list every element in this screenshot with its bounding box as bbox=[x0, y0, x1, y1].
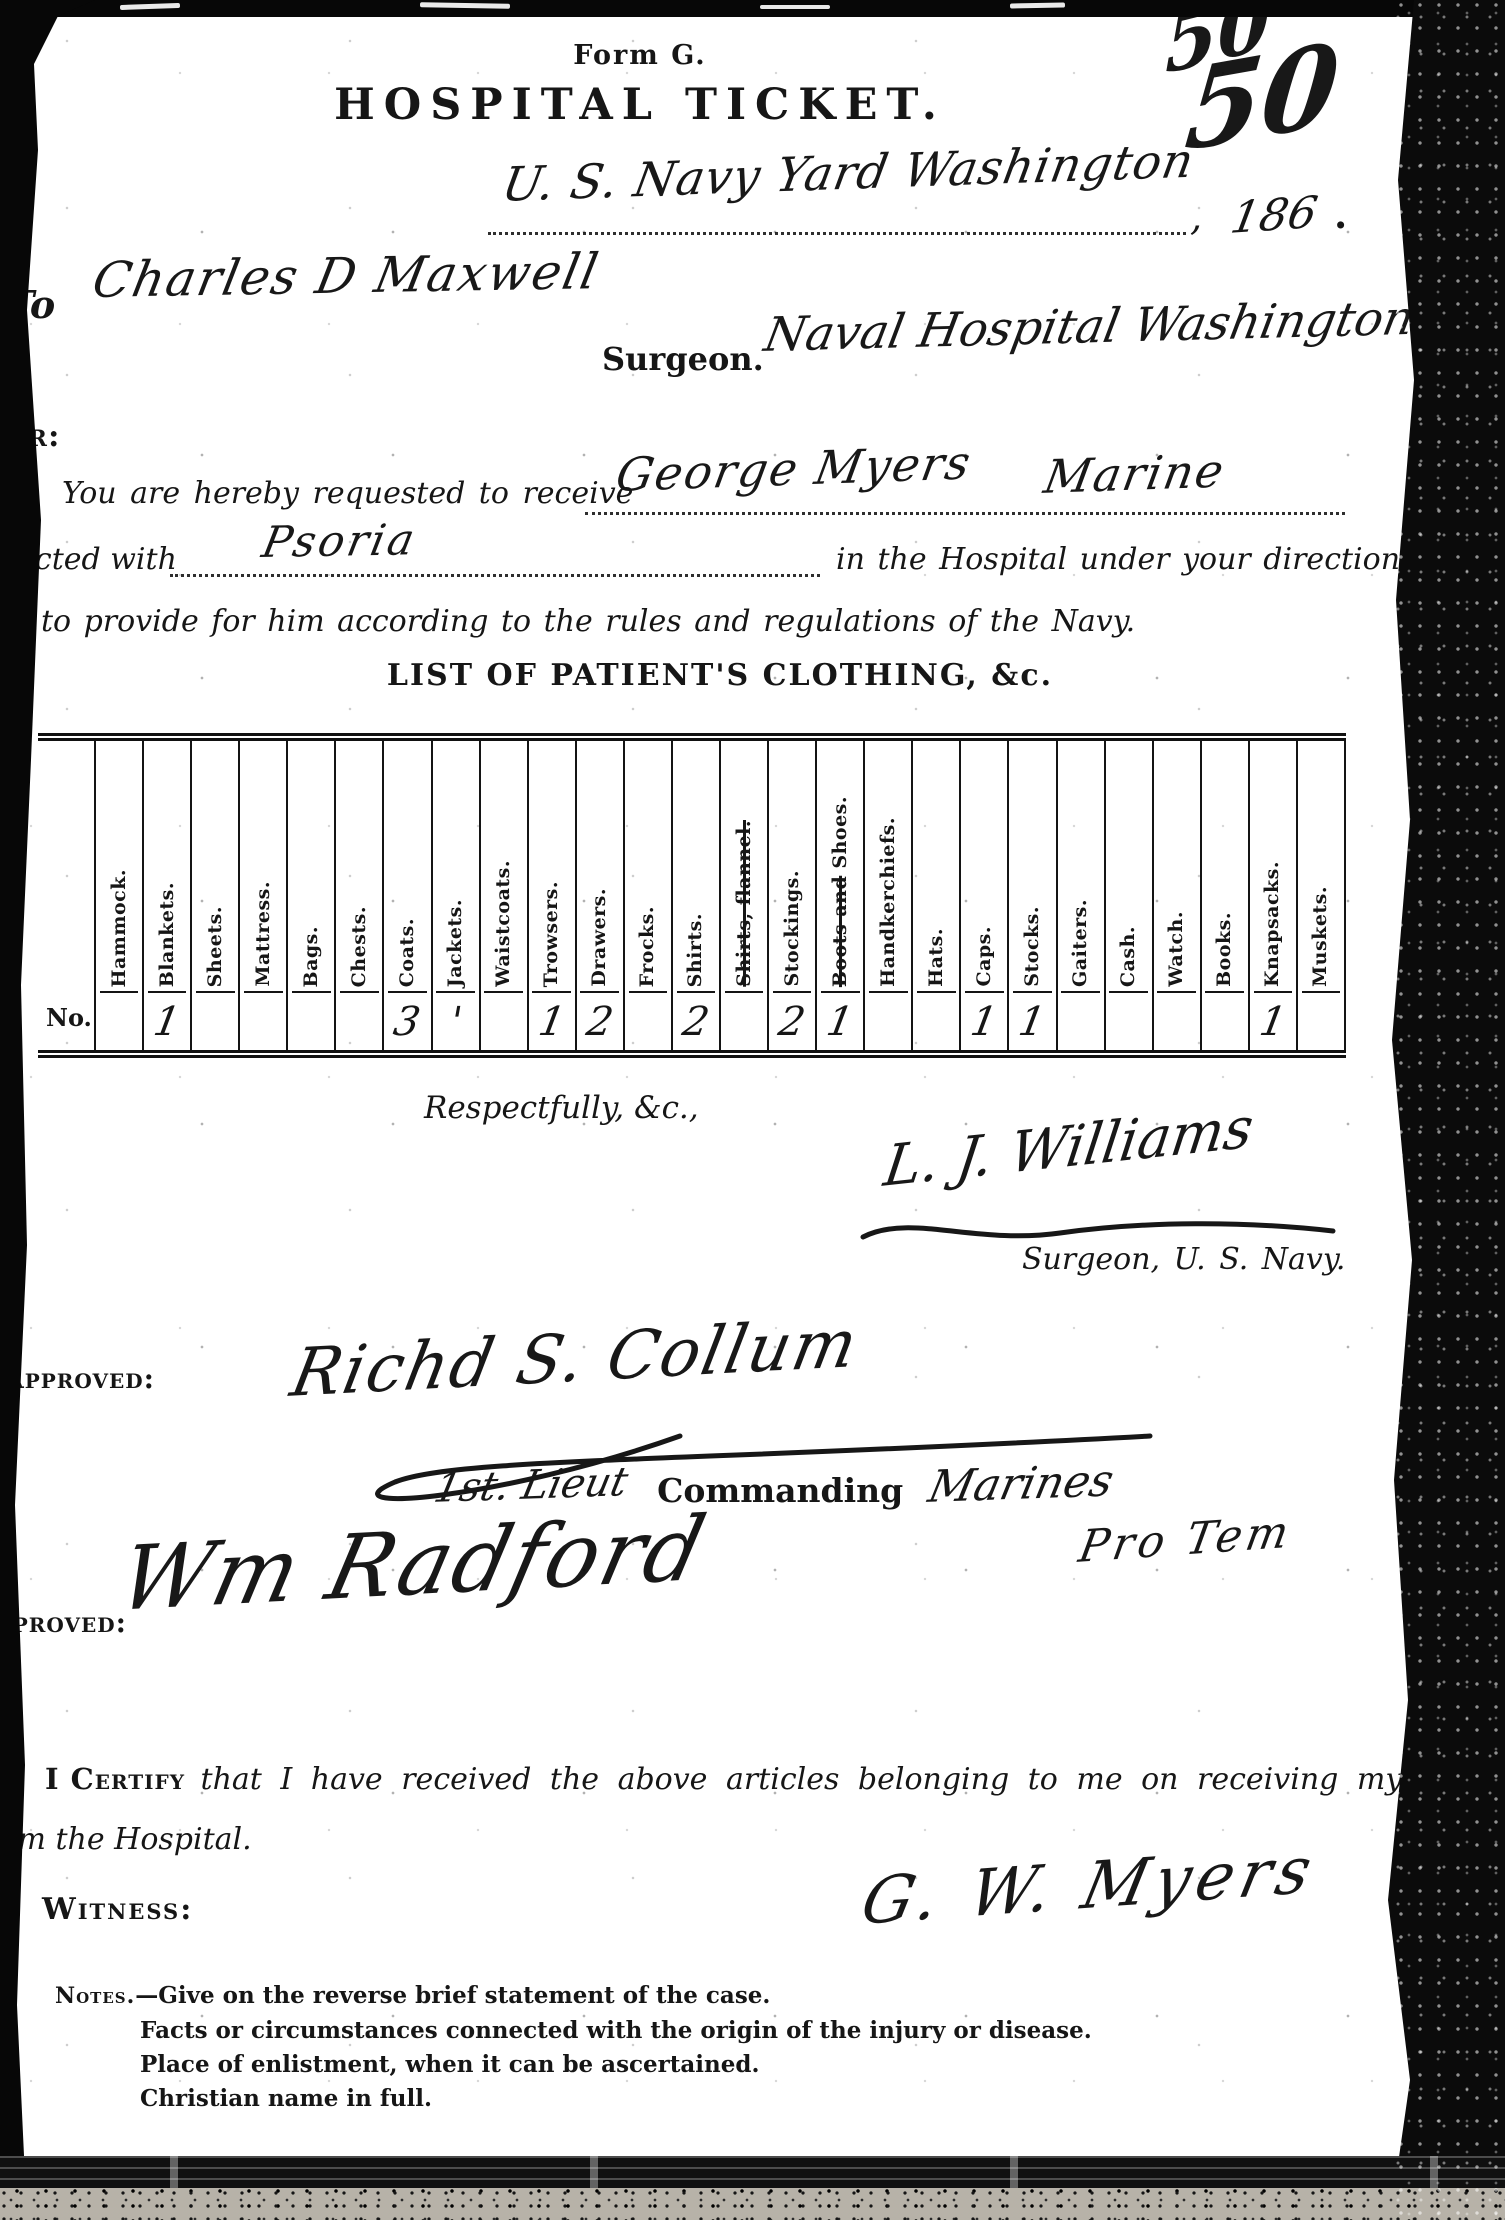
clothing-column: Knapsacks.1 bbox=[1248, 741, 1296, 1050]
column-quantity-handwritten bbox=[1149, 993, 1205, 1050]
column-quantity-handwritten: ' bbox=[428, 993, 484, 1050]
notes-line-4: Christian name in full. bbox=[140, 2085, 432, 2112]
clothing-column: Frocks. bbox=[623, 741, 671, 1050]
clothing-column: Caps.1 bbox=[959, 741, 1007, 1050]
surgeon-signature-handwritten: L. J. Williams bbox=[880, 1095, 1257, 1200]
column-quantity-handwritten bbox=[235, 993, 291, 1050]
column-header-label: Blankets. bbox=[158, 880, 177, 989]
certify-line: I Certify that I have received the above… bbox=[45, 1762, 1505, 1797]
column-quantity-handwritten bbox=[860, 993, 916, 1050]
witness-label: Witness: bbox=[42, 1892, 193, 1927]
scan-edge-bottom-noise bbox=[0, 2188, 1505, 2220]
column-header-label: Trowsers. bbox=[542, 879, 561, 989]
column-header-label: Books. bbox=[1215, 910, 1234, 989]
column-quantity-handwritten: 1 bbox=[1245, 993, 1301, 1050]
column-quantity-handwritten: 2 bbox=[668, 993, 724, 1050]
column-quantity-handwritten bbox=[1293, 993, 1349, 1050]
patient-corps-handwritten: Marine bbox=[1040, 443, 1230, 504]
column-header-label: Sheets. bbox=[206, 904, 225, 989]
clothing-column: Waistcoats. bbox=[479, 741, 527, 1050]
clothing-column: Shirts.2 bbox=[671, 741, 719, 1050]
clothing-column: Mattress. bbox=[238, 741, 286, 1050]
column-header-label: Stocks. bbox=[1023, 904, 1042, 989]
clothing-column: Hammock. bbox=[94, 741, 142, 1050]
rank-post-handwritten: Marines bbox=[924, 1455, 1118, 1513]
form-label: Form G. bbox=[0, 40, 1280, 71]
surgeon-label: Surgeon. bbox=[602, 340, 764, 378]
column-header-label: Knapsacks. bbox=[1263, 859, 1282, 989]
clothing-column: Cash. bbox=[1104, 741, 1152, 1050]
clothing-column: Hats. bbox=[911, 741, 959, 1050]
scan-artifact bbox=[1010, 3, 1065, 9]
surgeon-signature-title: Surgeon, U. S. Navy. bbox=[1022, 1242, 1345, 1277]
column-quantity-handwritten: 1 bbox=[956, 993, 1012, 1050]
column-quantity-handwritten bbox=[1053, 993, 1109, 1050]
pro-tem-handwritten: Pro Tem bbox=[1075, 1506, 1296, 1573]
clothing-column: Watch. bbox=[1152, 741, 1200, 1050]
hospital-handwritten: Naval Hospital Washington bbox=[760, 291, 1419, 363]
column-header-label: Hats. bbox=[927, 926, 946, 989]
column-header-label: Boots and Shoes. bbox=[831, 794, 850, 989]
column-header-label: Stockings. bbox=[783, 868, 802, 989]
column-header-label: Caps. bbox=[975, 924, 994, 989]
column-quantity-handwritten bbox=[908, 993, 964, 1050]
clothing-column: Muskets. bbox=[1296, 741, 1346, 1050]
column-quantity-handwritten: 1 bbox=[1004, 993, 1060, 1050]
clothing-column: Boots and Shoes.1 bbox=[815, 741, 863, 1050]
scan-edge-bottom bbox=[0, 2156, 1505, 2188]
case-number-overwrite-handwritten: 50 bbox=[1180, 17, 1345, 177]
certify-tail: from the Hospital. bbox=[0, 1822, 252, 1857]
clothing-column: Trowsers.1 bbox=[527, 741, 575, 1050]
column-quantity-handwritten bbox=[476, 993, 532, 1050]
column-quantity-handwritten: 2 bbox=[764, 993, 820, 1050]
notes-line-2: Facts or circumstances connected with th… bbox=[140, 2017, 1092, 2044]
clothing-column: Stocks.1 bbox=[1007, 741, 1055, 1050]
scan-artifact bbox=[420, 2, 510, 9]
clothing-column: Bags. bbox=[286, 741, 334, 1050]
column-quantity-handwritten: 2 bbox=[572, 993, 628, 1050]
row-label-no: No. bbox=[38, 741, 94, 1050]
column-header-label: Waistcoats. bbox=[494, 858, 513, 989]
clothing-column: Jackets.' bbox=[431, 741, 479, 1050]
request-printed: You are hereby requested to receive bbox=[62, 476, 633, 511]
date-year-group: , 186 bbox=[1190, 190, 1316, 241]
column-quantity-handwritten bbox=[1101, 993, 1157, 1050]
clothing-column: Books. bbox=[1200, 741, 1248, 1050]
witness-signature-handwritten: G. W. Myers bbox=[855, 1833, 1324, 1940]
clothing-column: Stockings.2 bbox=[767, 741, 815, 1050]
year-handwritten: 186 bbox=[1227, 187, 1321, 244]
printed-comma: , bbox=[1190, 195, 1202, 239]
column-header-label: Coats. bbox=[398, 916, 417, 989]
clothing-column: Gaiters. bbox=[1056, 741, 1104, 1050]
column-quantity-handwritten bbox=[716, 993, 772, 1050]
approved-label-1: Approved: bbox=[2, 1362, 155, 1395]
column-header-label: Drawers. bbox=[590, 886, 609, 989]
column-header-label: Mattress. bbox=[254, 879, 273, 989]
scan-edge-top bbox=[0, 0, 1505, 17]
scan-artifact bbox=[760, 5, 830, 9]
column-header-label: Hammock. bbox=[110, 867, 129, 990]
scan-artifact bbox=[120, 3, 180, 10]
column-quantity-handwritten bbox=[1197, 993, 1253, 1050]
column-header-label: Cash. bbox=[1119, 924, 1138, 989]
clothing-column: Handkerchiefs. bbox=[863, 741, 911, 1050]
trailing-period: . bbox=[1334, 192, 1347, 237]
column-quantity-handwritten bbox=[283, 993, 339, 1050]
certify-lead: I Certify bbox=[45, 1762, 185, 1796]
column-header-label: Jackets. bbox=[446, 897, 465, 989]
column-header-label: Watch. bbox=[1167, 909, 1186, 989]
clothing-table: No. Hammock.Blankets.1Sheets.Mattress.Ba… bbox=[38, 733, 1346, 1058]
column-header-label: Shirts, flannel. bbox=[735, 818, 754, 989]
column-quantity-handwritten: 1 bbox=[812, 993, 868, 1050]
column-quantity-handwritten bbox=[331, 993, 387, 1050]
clothing-column: Drawers.2 bbox=[575, 741, 623, 1050]
column-header-label: Shirts. bbox=[686, 911, 705, 989]
clothing-column: Coats.3 bbox=[382, 741, 430, 1050]
column-quantity-handwritten bbox=[187, 993, 243, 1050]
column-quantity-handwritten bbox=[620, 993, 676, 1050]
scan-edge-left bbox=[0, 0, 100, 2220]
column-header-label: Chests. bbox=[350, 904, 369, 989]
clothing-column: Sheets. bbox=[190, 741, 238, 1050]
clothing-column: Blankets.1 bbox=[142, 741, 190, 1050]
provide-line: and to provide for him according to the … bbox=[0, 604, 1135, 639]
column-quantity-handwritten: 1 bbox=[524, 993, 580, 1050]
column-header-label: Muskets. bbox=[1311, 884, 1330, 989]
column-header-label: Gaiters. bbox=[1071, 897, 1090, 989]
column-quantity-handwritten: 3 bbox=[379, 993, 435, 1050]
condition-handwritten: Psoria bbox=[258, 515, 421, 568]
certify-body: that I have received the above articles … bbox=[201, 1762, 1505, 1797]
column-header-label: Frocks. bbox=[638, 904, 657, 989]
notes-first-line: Notes.—Give on the reverse brief stateme… bbox=[55, 1982, 770, 2009]
column-header-label: Bags. bbox=[302, 924, 321, 989]
clothing-title: LIST OF PATIENT'S CLOTHING, &c. bbox=[0, 658, 1440, 693]
approver-signature-radford: Wm Radford bbox=[110, 1496, 716, 1631]
notes-label: Notes. bbox=[55, 1983, 135, 2009]
respectfully-text: Respectfully, &c., bbox=[424, 1090, 699, 1126]
affected-suffix: in the Hospital under your direction. bbox=[836, 542, 1410, 577]
column-quantity-handwritten bbox=[91, 993, 147, 1050]
column-header-label: Handkerchiefs. bbox=[879, 815, 898, 989]
column-quantity-handwritten: 1 bbox=[139, 993, 195, 1050]
approver-signature-collum: Richd S. Collum bbox=[285, 1304, 865, 1412]
notes-line-3: Place of enlistment, when it can be asce… bbox=[140, 2051, 759, 2078]
clothing-column: Chests. bbox=[334, 741, 382, 1050]
recipient-handwritten: Charles D Maxwell bbox=[88, 243, 604, 309]
notes-first-text: —Give on the reverse brief statement of … bbox=[135, 1982, 770, 2009]
page-title: HOSPITAL TICKET. bbox=[0, 80, 1280, 130]
clothing-column: Shirts, flannel. bbox=[719, 741, 767, 1050]
hospital-ticket-scan: Form G. HOSPITAL TICKET. 50 50 U. S. Nav… bbox=[0, 0, 1505, 2220]
